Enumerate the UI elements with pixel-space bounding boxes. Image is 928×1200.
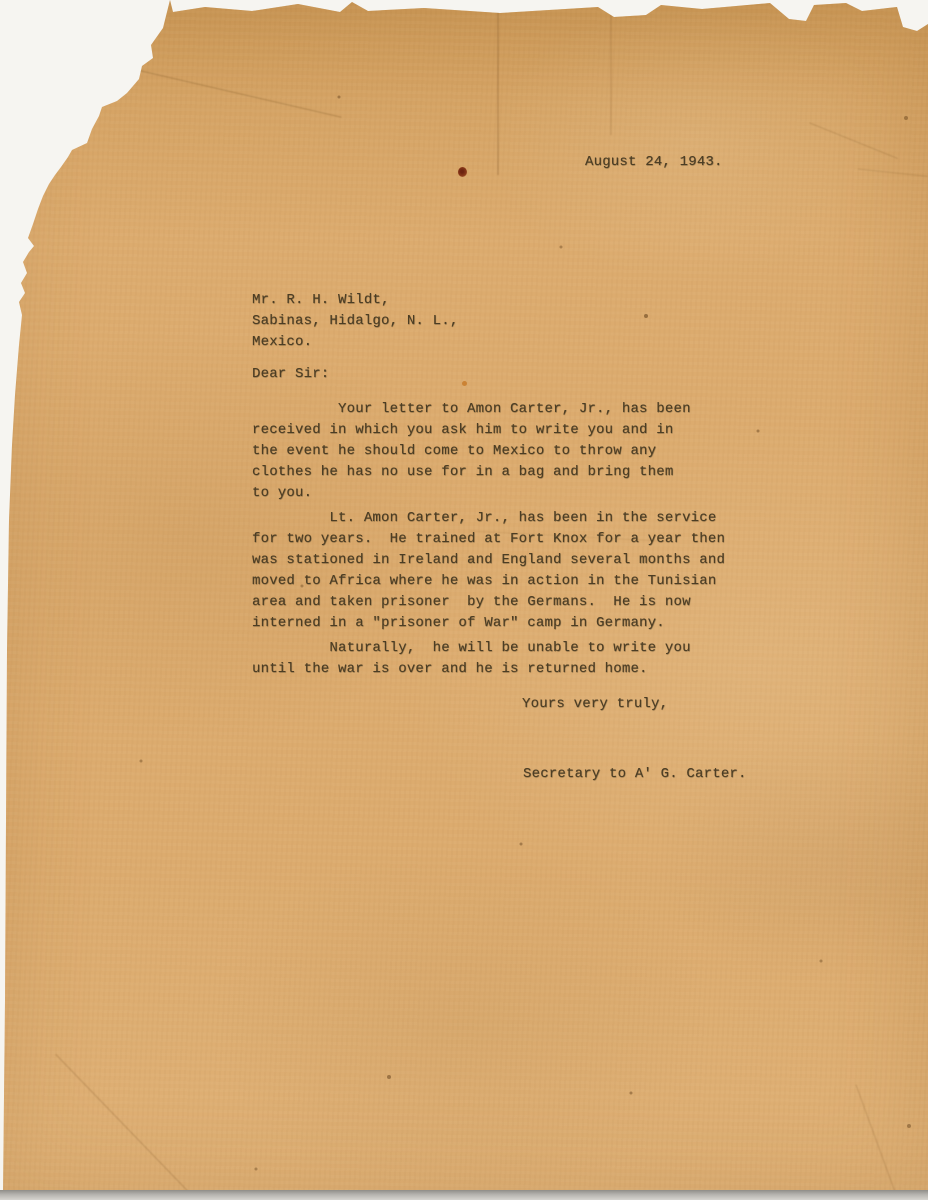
crease-mark bbox=[610, 0, 612, 135]
body-paragraph-1: Your letter to Amon Carter, Jr., has bee… bbox=[252, 399, 691, 504]
scanner-edge-strip bbox=[0, 1190, 928, 1200]
letter-date: August 24, 1943. bbox=[585, 152, 723, 173]
recipient-address: Mr. R. H. Wildt, Sabinas, Hidalgo, N. L.… bbox=[252, 290, 458, 353]
crease-mark bbox=[497, 0, 499, 175]
letter-page: August 24, 1943. Mr. R. H. Wildt, Sabina… bbox=[0, 0, 928, 1193]
paper-fleck bbox=[462, 381, 467, 386]
paper-specks bbox=[0, 0, 2, 2]
body-paragraph-3: Naturally, he will be unable to write yo… bbox=[252, 638, 691, 680]
salutation: Dear Sir: bbox=[252, 364, 329, 385]
signature-line: Secretary to A' G. Carter. bbox=[523, 764, 747, 785]
closing-line: Yours very truly, bbox=[522, 694, 668, 715]
ink-stain bbox=[458, 167, 467, 177]
body-paragraph-2: Lt. Amon Carter, Jr., has been in the se… bbox=[252, 508, 725, 634]
scan-background: August 24, 1943. Mr. R. H. Wildt, Sabina… bbox=[0, 0, 928, 1200]
